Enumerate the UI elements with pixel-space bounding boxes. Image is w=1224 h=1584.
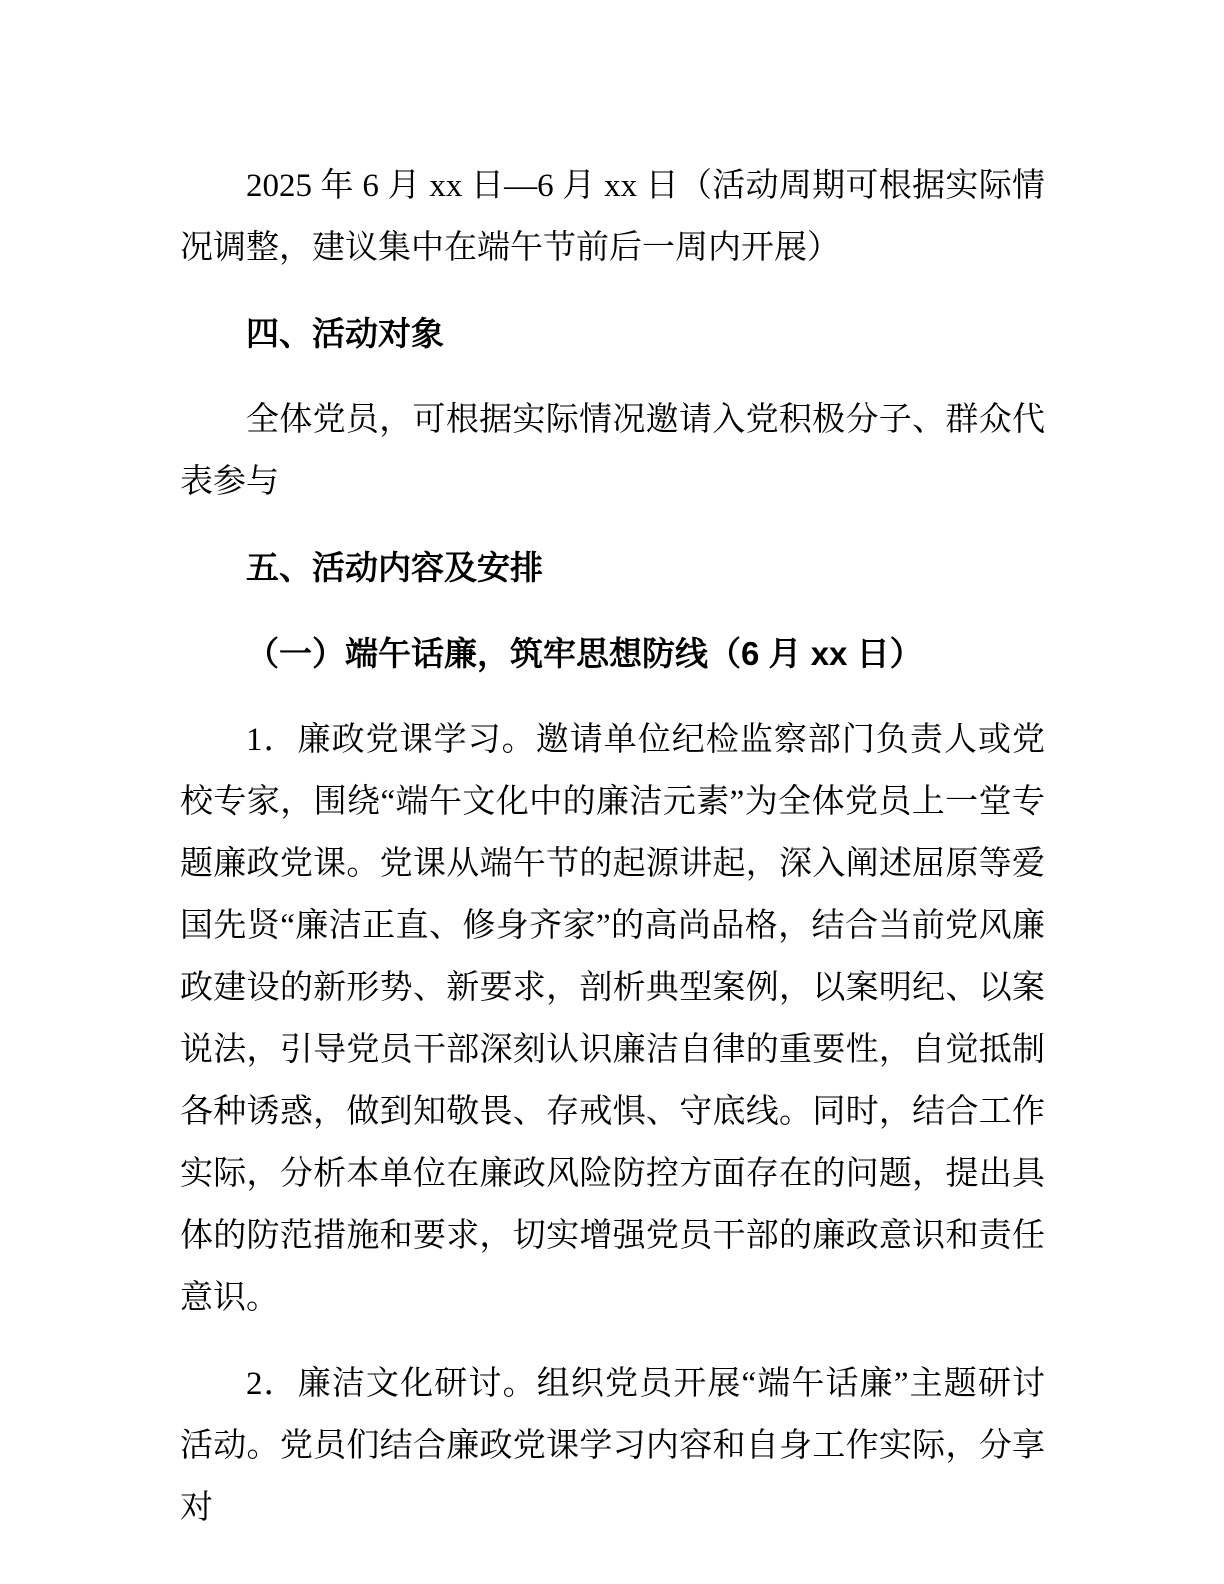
paragraph-item-2-culture-seminar: 2．廉洁文化研讨。组织党员开展“端午话廉”主题研讨活动。党员们结合廉政党课学习内…	[180, 1353, 1045, 1539]
paragraph-activity-target: 全体党员，可根据实际情况邀请入党积极分子、群众代表参与	[180, 389, 1045, 513]
heading-section-four-activity-target: 四、活动对象	[180, 303, 1045, 365]
document-page: 2025 年 6 月 xx 日—6 月 xx 日（活动周期可根据实际情况调整，建…	[0, 0, 1224, 1584]
subheading-part-one-duanwu-integrity: （一）端午话廉，筑牢思想防线（6 月 xx 日）	[180, 623, 1045, 685]
document-content: 2025 年 6 月 xx 日—6 月 xx 日（活动周期可根据实际情况调整，建…	[180, 155, 1045, 1563]
paragraph-activity-time: 2025 年 6 月 xx 日—6 月 xx 日（活动周期可根据实际情况调整，建…	[180, 155, 1045, 279]
paragraph-item-1-party-lecture: 1．廉政党课学习。邀请单位纪检监察部门负责人或党校专家，围绕“端午文化中的廉洁元…	[180, 709, 1045, 1329]
heading-section-five-activity-content: 五、活动内容及安排	[180, 537, 1045, 599]
